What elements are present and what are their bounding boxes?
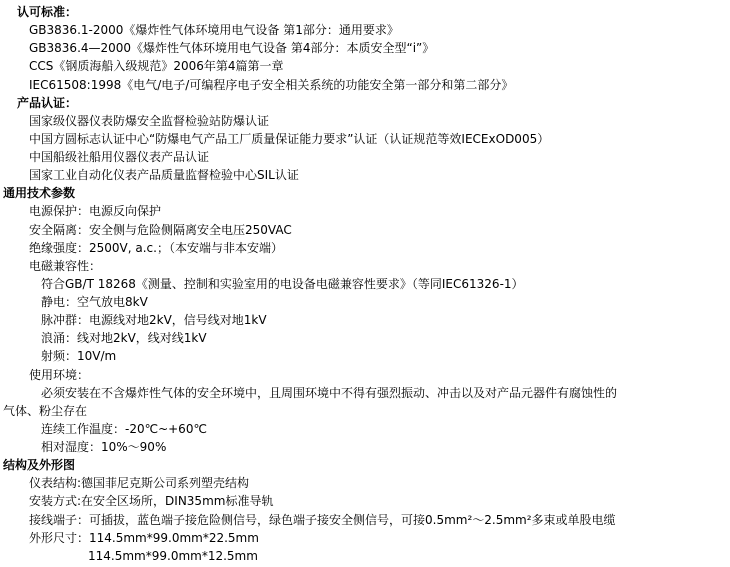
section-heading: 认可标准：: [0, 3, 730, 21]
text-line: 电磁兼容性：: [0, 257, 730, 275]
text-line: 中国方圆标志认证中心“防爆电气产品工厂质量保证能力要求”认证（认证规范等效IEC…: [0, 130, 730, 148]
section-heading: 结构及外形图: [0, 456, 730, 474]
text-line: 静电：空气放电8kV: [0, 293, 730, 311]
text-line: 符合GB/T 18268《测量、控制和实验室用的电设备电磁兼容性要求》（等同IE…: [0, 275, 730, 293]
text-line: 浪涌：线对地2kV，线对线1kV: [0, 329, 730, 347]
text-line: 国家工业自动化仪表产品质量监督检验中心SIL认证: [0, 166, 730, 184]
text-line: 仪表结构:德国菲尼克斯公司系列塑壳结构: [0, 474, 730, 492]
text-line: 中国船级社船用仪器仪表产品认证: [0, 148, 730, 166]
spec-document-page: 认可标准：GB3836.1-2000《爆炸性气体环境用电气设备 第1部分：通用要…: [0, 0, 730, 567]
text-line: 必须安装在不含爆炸性气体的安全环境中，且周围环境中不得有强烈振动、冲击以及对产品…: [0, 384, 730, 402]
text-line: 绝缘强度：2500V, a.c.；（本安端与非本安端）: [0, 239, 730, 257]
text-line: 114.5mm*99.0mm*12.5mm: [0, 547, 730, 565]
text-line: GB3836.1-2000《爆炸性气体环境用电气设备 第1部分：通用要求》: [0, 21, 730, 39]
text-line: 安装方式:在安全区场所，DIN35mm标准导轨: [0, 492, 730, 510]
text-line: 脉冲群：电源线对地2kV，信号线对地1kV: [0, 311, 730, 329]
document-body: 认可标准：GB3836.1-2000《爆炸性气体环境用电气设备 第1部分：通用要…: [0, 3, 730, 565]
text-line: GB3836.4—2000《爆炸性气体环境用电气设备 第4部分：本质安全型“i”…: [0, 39, 730, 57]
text-line: 相对湿度：10%～90%: [0, 438, 730, 456]
text-line: 使用环境：: [0, 366, 730, 384]
text-line: 射频：10V/m: [0, 347, 730, 365]
text-line: 电源保护：电源反向保护: [0, 202, 730, 220]
text-line: 外形尺寸：114.5mm*99.0mm*22.5mm: [0, 529, 730, 547]
text-line: 安全隔离：安全侧与危险侧隔离安全电压250VAC: [0, 221, 730, 239]
text-line: 连续工作温度：-20℃~+60℃: [0, 420, 730, 438]
text-line: IEC61508:1998《电气/电子/可编程序电子安全相关系统的功能安全第一部…: [0, 76, 730, 94]
text-line: 国家级仪器仪表防爆安全监督检验站防爆认证: [0, 112, 730, 130]
text-line: 接线端子：可插拔，蓝色端子接危险侧信号，绿色端子接安全侧信号，可接0.5mm²～…: [0, 511, 730, 529]
section-heading: 产品认证：: [0, 94, 730, 112]
text-line: CCS《钢质海船入级规范》2006年第4篇第一章: [0, 57, 730, 75]
text-line: 气体、粉尘存在: [0, 402, 730, 420]
section-heading: 通用技术参数: [0, 184, 730, 202]
